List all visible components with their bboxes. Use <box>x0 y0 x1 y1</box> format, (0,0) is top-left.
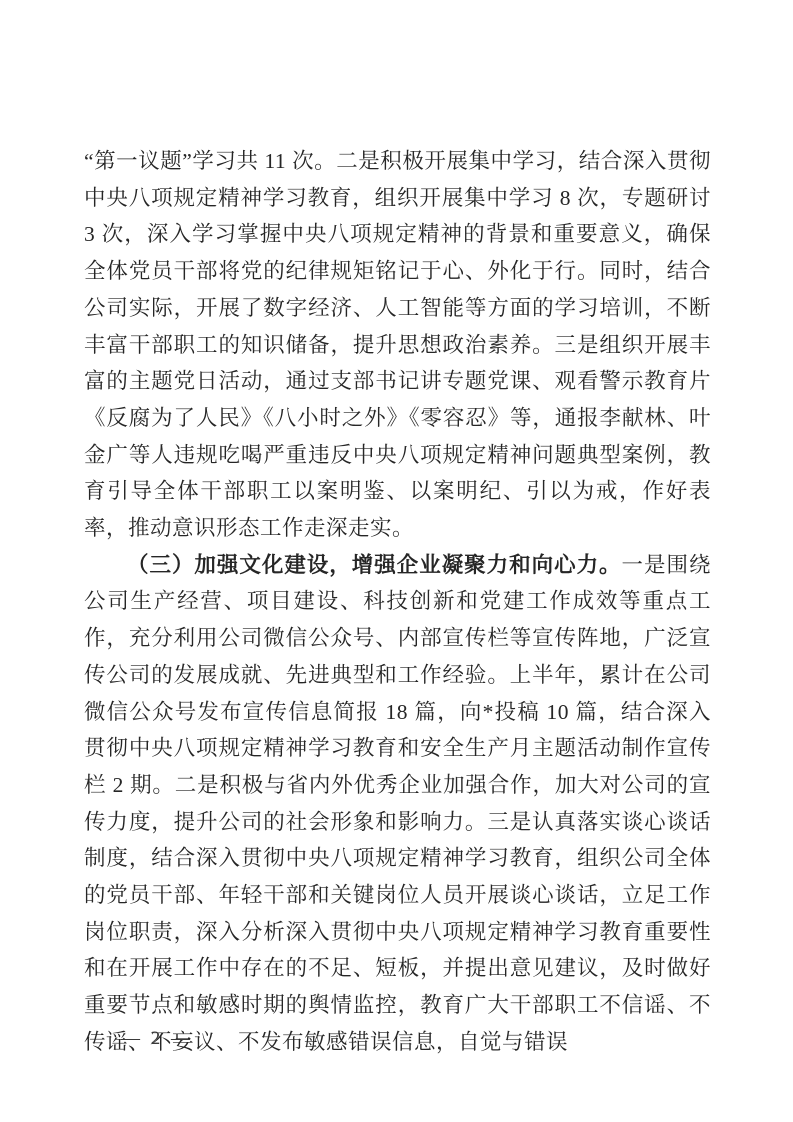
page-number: — 2 — <box>121 1028 193 1049</box>
paragraph-continuation: “第一议题”学习共 11 次。二是积极开展集中学习，结合深入贯彻中央八项规定精神… <box>84 143 711 547</box>
paragraph-text: 一是围绕公司生产经营、项目建设、科技创新和党建工作成效等重点工作，充分利用公司微… <box>84 553 711 1054</box>
paragraph-text: “第一议题”学习共 11 次。二是积极开展集中学习，结合深入贯彻中央八项规定精神… <box>84 149 711 540</box>
section-heading: （三）加强文化建设，增强企业凝聚力和向心力。 <box>127 553 622 577</box>
page-footer: — 2 — <box>121 1028 193 1050</box>
document-body: “第一议题”学习共 11 次。二是积极开展集中学习，结合深入贯彻中央八项规定精神… <box>84 143 711 1061</box>
paragraph-section-three: （三）加强文化建设，增强企业凝聚力和向心力。一是围绕公司生产经营、项目建设、科技… <box>84 547 711 1061</box>
document-page: “第一议题”学习共 11 次。二是积极开展集中学习，结合深入贯彻中央八项规定精神… <box>0 0 793 1122</box>
